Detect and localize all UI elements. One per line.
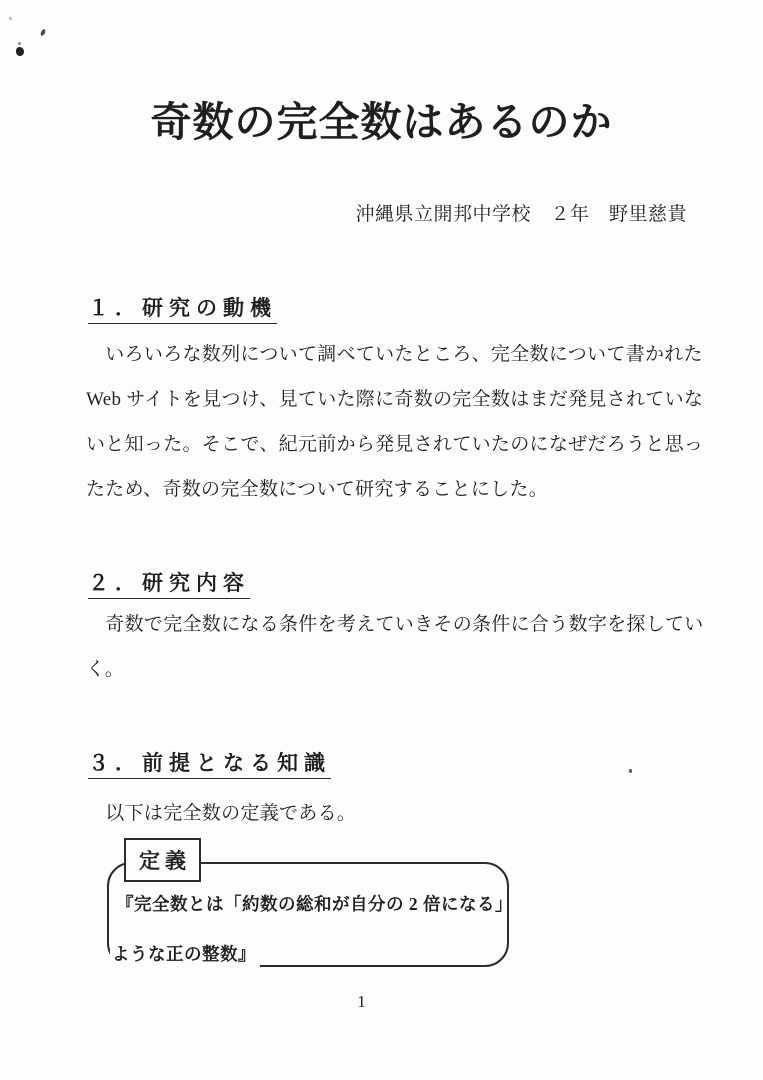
- scan-speck: [40, 29, 46, 37]
- body-line: たため、奇数の完全数について研究することにした。: [86, 467, 706, 512]
- paragraph-contents: 奇数で完全数になる条件を考えていきその条件に合う数字を探してい く。: [86, 602, 706, 692]
- body-line: く。: [86, 647, 706, 692]
- author-byline: 沖縄県立開邦中学校 ２年 野里慈貴: [355, 199, 687, 226]
- paragraph-motivation: いろいろな数列について調べていたところ、完全数について書かれた Web サイトを…: [86, 332, 706, 512]
- document-title: 奇数の完全数はあるのか: [0, 99, 763, 146]
- section-heading-motivation: １．研究の動機: [88, 297, 277, 324]
- section-heading-contents: ２．研究内容: [88, 572, 250, 599]
- body-line: Web サイトを見つけ、見ていた際に奇数の完全数はまだ発見されていな: [86, 377, 706, 422]
- page-number: 1: [0, 992, 743, 1012]
- definition-text-line: 『完全数とは「約数の総和が自分の 2 倍になる」: [116, 891, 513, 916]
- definition-box-label: 定義: [124, 838, 201, 882]
- scan-speck: [9, 17, 12, 20]
- paragraph-prerequisites: 以下は完全数の定義である。: [86, 791, 706, 836]
- definition-text-line: ような正の整数』: [110, 941, 260, 968]
- scan-speck: [16, 47, 24, 56]
- scan-speck: [629, 769, 632, 773]
- body-line: 奇数で完全数になる条件を考えていきその条件に合う数字を探してい: [86, 602, 706, 647]
- section-heading-prerequisites: ３．前提となる知識: [88, 752, 331, 779]
- body-line: 以下は完全数の定義である。: [86, 791, 706, 836]
- scanned-document-page: 奇数の完全数はあるのか 沖縄県立開邦中学校 ２年 野里慈貴 １．研究の動機 いろ…: [0, 0, 763, 1080]
- body-line: いと知った。そこで、紀元前から発見されていたのになぜだろうと思っ: [86, 422, 706, 467]
- body-line: いろいろな数列について調べていたところ、完全数について書かれた: [86, 332, 706, 377]
